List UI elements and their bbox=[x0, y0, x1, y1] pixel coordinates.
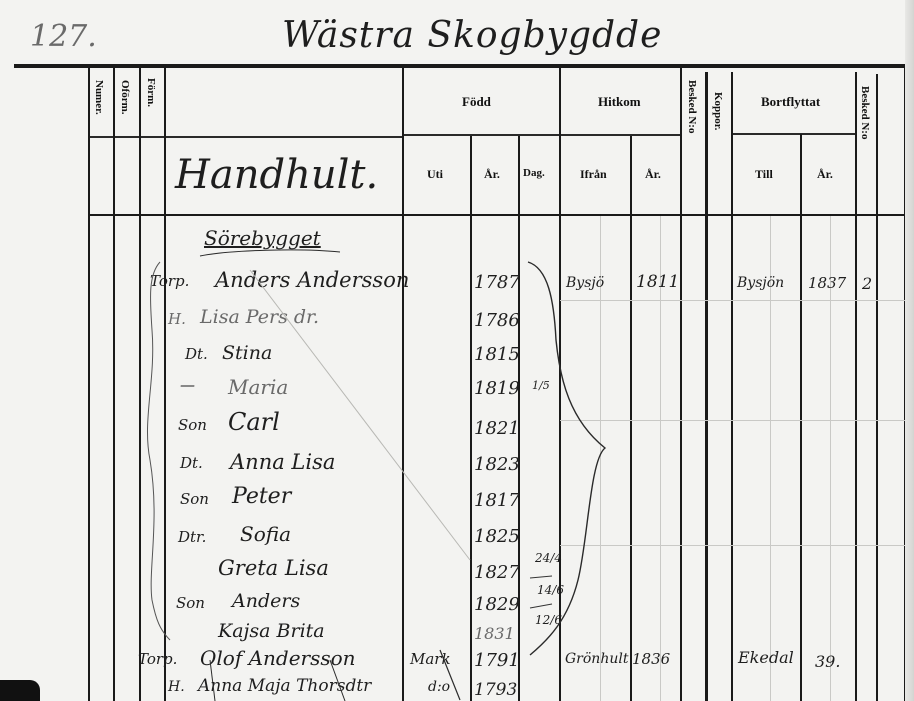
row-to-year: 1837 bbox=[808, 276, 846, 291]
row-year: 1817 bbox=[474, 492, 520, 510]
col-line bbox=[680, 68, 682, 701]
row-relation: H. bbox=[168, 312, 186, 327]
row-name: Peter bbox=[232, 486, 291, 508]
col-header-bort-ar: År. bbox=[817, 168, 833, 180]
col-header-besked-1: Besked N:o bbox=[686, 80, 698, 133]
col-header-uti: Uti bbox=[427, 168, 443, 180]
col-line bbox=[402, 68, 404, 701]
row-day: 12/6 bbox=[535, 614, 562, 626]
place-label: Handhult. bbox=[175, 155, 378, 195]
col-header-till: Till bbox=[755, 168, 773, 180]
row-name: Stina bbox=[222, 344, 272, 363]
row-relation: Dt. bbox=[180, 456, 203, 471]
row-year: 1831 bbox=[474, 626, 515, 642]
row-uti: d:o bbox=[428, 680, 450, 694]
col-header-form: Förm. bbox=[145, 78, 157, 107]
row-to: Ekedal bbox=[738, 650, 794, 666]
row-year: 1819 bbox=[474, 380, 520, 398]
row-year: 1787 bbox=[474, 274, 520, 292]
register-page: 127. Wästra Skogbygdde Numer. Oförm. För… bbox=[0, 0, 914, 701]
col-header-dag: Dag. bbox=[523, 168, 545, 179]
col-line bbox=[855, 72, 857, 701]
row-name: Anders bbox=[232, 592, 300, 611]
col-header-ifran: Ifrån bbox=[580, 168, 607, 180]
grid-faint bbox=[560, 420, 905, 421]
section-heading: Sörebygget bbox=[204, 228, 321, 248]
row-uti: Mark bbox=[410, 652, 451, 667]
col-header-ar: År. bbox=[484, 168, 500, 180]
row-name: Kajsa Brita bbox=[218, 622, 325, 641]
col-header-koppor: Koppor. bbox=[712, 92, 724, 130]
col-header-bortflyttat: Bortflyttat bbox=[761, 95, 820, 108]
col-line bbox=[731, 72, 733, 701]
col-line bbox=[876, 74, 878, 701]
row-day: 14/6 bbox=[537, 584, 564, 596]
row-name: Olof Andersson bbox=[200, 648, 356, 668]
col-line bbox=[559, 68, 561, 701]
row-year: 1825 bbox=[474, 528, 520, 546]
row-name: Anna Maja Thorsdtr bbox=[198, 678, 371, 695]
col-line bbox=[630, 136, 632, 701]
row-relation: Son bbox=[180, 492, 209, 507]
row-relation: Dt. bbox=[185, 347, 208, 362]
header-bottom-rule bbox=[88, 214, 905, 216]
row-day: 24/4 bbox=[535, 552, 562, 564]
col-header-fodd: Född bbox=[462, 95, 491, 108]
col-header-hitkom: Hitkom bbox=[598, 95, 641, 108]
col-line bbox=[705, 72, 708, 701]
row-relation: Torp. bbox=[150, 274, 189, 289]
row-from-year: 1811 bbox=[636, 274, 679, 291]
col-line bbox=[164, 68, 166, 701]
row-year: 1827 bbox=[474, 564, 520, 582]
hitkom-subrule bbox=[560, 134, 680, 136]
row-from: Grönhult bbox=[565, 652, 628, 666]
col-header-oform: Oförm. bbox=[119, 80, 131, 115]
row-relation: H. bbox=[168, 680, 185, 694]
top-rule bbox=[14, 64, 905, 68]
row-to: Bysjön bbox=[737, 276, 784, 290]
bortflyttat-subrule bbox=[732, 133, 857, 135]
row-from: Bysjö bbox=[566, 276, 604, 290]
row-year: 1829 bbox=[474, 596, 520, 614]
col-line bbox=[470, 136, 472, 701]
col-line bbox=[113, 68, 115, 701]
col-header-hitkom-ar: År. bbox=[645, 168, 661, 180]
row-relation: Son bbox=[176, 596, 205, 611]
row-name: Sofia bbox=[240, 524, 291, 544]
grid-faint bbox=[560, 545, 905, 546]
grid-faint bbox=[560, 300, 905, 301]
row-day: 1/5 bbox=[532, 380, 550, 391]
village-title: Wästra Skogbygdde bbox=[282, 18, 662, 54]
row-year: 1815 bbox=[474, 346, 520, 364]
row-relation: Son bbox=[178, 418, 207, 433]
col-header-besked-2: Besked N:o bbox=[859, 86, 871, 139]
row-year: 1786 bbox=[474, 312, 520, 330]
row-to-year: 39. bbox=[815, 654, 840, 670]
col-line bbox=[139, 68, 141, 701]
fodd-subrule bbox=[403, 134, 560, 136]
page-edge-shadow bbox=[905, 0, 914, 701]
row-name: Maria bbox=[228, 377, 288, 397]
narrow-subrule bbox=[88, 136, 403, 138]
col-header-numer: Numer. bbox=[93, 80, 105, 115]
row-name: Greta Lisa bbox=[218, 558, 329, 579]
row-year: 1793 bbox=[474, 682, 517, 699]
col-line bbox=[88, 68, 90, 701]
row-name: Anna Lisa bbox=[230, 452, 335, 473]
row-year: 1821 bbox=[474, 420, 520, 438]
row-year: 1791 bbox=[474, 652, 520, 670]
row-relation: — bbox=[180, 378, 195, 393]
row-name: Lisa Pers dr. bbox=[200, 308, 319, 327]
row-name: Carl bbox=[228, 410, 280, 434]
row-name: Anders Andersson bbox=[215, 270, 409, 291]
row-relation: Torp. bbox=[138, 652, 177, 667]
row-besked: 2 bbox=[862, 276, 872, 292]
page-number: 127. bbox=[30, 22, 97, 52]
row-relation: Dtr. bbox=[178, 530, 206, 545]
row-year: 1823 bbox=[474, 456, 520, 474]
scan-corner-artifact bbox=[0, 680, 40, 701]
row-from-year: 1836 bbox=[632, 652, 670, 667]
col-line bbox=[800, 134, 802, 701]
